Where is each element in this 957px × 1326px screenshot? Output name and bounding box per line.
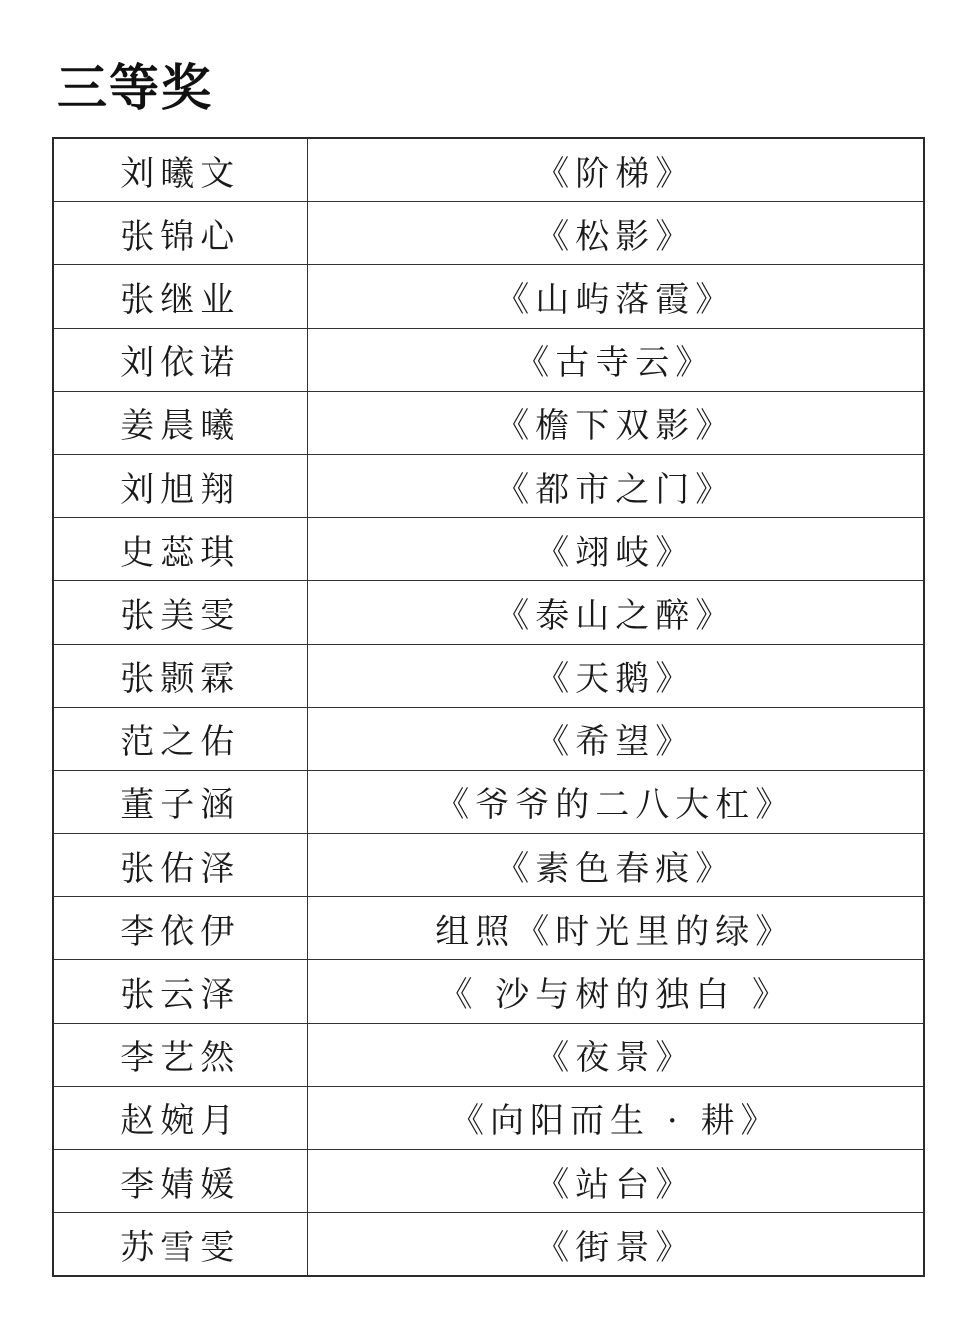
table-row: 李依伊组照《时光里的绿》 — [53, 897, 924, 960]
table-row: 张云泽《 沙与树的独白 》 — [53, 960, 924, 1023]
work-title: 《素色春痕》 — [307, 834, 924, 897]
work-title: 《都市之门》 — [307, 454, 924, 517]
work-title: 《松影》 — [307, 202, 924, 265]
table-row: 刘依诺《古寺云》 — [53, 328, 924, 391]
table-row: 刘旭翔《都市之门》 — [53, 454, 924, 517]
winner-name: 李婧媛 — [53, 1150, 307, 1213]
work-title: 组照《时光里的绿》 — [307, 897, 924, 960]
table-row: 史蕊琪《翊岐》 — [53, 518, 924, 581]
table-row: 董子涵《爷爷的二八大杠》 — [53, 770, 924, 833]
work-title: 《天鹅》 — [307, 644, 924, 707]
table-row: 李艺然《夜景》 — [53, 1023, 924, 1086]
table-row: 范之佑《希望》 — [53, 707, 924, 770]
winner-name: 张佑泽 — [53, 834, 307, 897]
winner-name: 姜晨曦 — [53, 391, 307, 454]
table-row: 张锦心《松影》 — [53, 202, 924, 265]
table-row: 姜晨曦《檐下双影》 — [53, 391, 924, 454]
table-row: 苏雪雯《街景》 — [53, 1213, 924, 1277]
winner-name: 张继业 — [53, 265, 307, 328]
work-title: 《泰山之醉》 — [307, 581, 924, 644]
winner-name: 张云泽 — [53, 960, 307, 1023]
table-row: 张佑泽《素色春痕》 — [53, 834, 924, 897]
work-title: 《夜景》 — [307, 1023, 924, 1086]
work-title: 《檐下双影》 — [307, 391, 924, 454]
table-row: 张颢霖《天鹅》 — [53, 644, 924, 707]
winner-name: 刘曦文 — [53, 138, 307, 202]
work-title: 《阶梯》 — [307, 138, 924, 202]
work-title: 《向阳而生 · 耕》 — [307, 1086, 924, 1149]
table-row: 张继业《山屿落霞》 — [53, 265, 924, 328]
winner-name: 赵婉月 — [53, 1086, 307, 1149]
table-row: 李婧媛《站台》 — [53, 1150, 924, 1213]
table-row: 刘曦文《阶梯》 — [53, 138, 924, 202]
table-row: 张美雯《泰山之醉》 — [53, 581, 924, 644]
work-title: 《翊岐》 — [307, 518, 924, 581]
winner-name: 董子涵 — [53, 770, 307, 833]
winner-name: 张美雯 — [53, 581, 307, 644]
work-title: 《街景》 — [307, 1213, 924, 1277]
work-title: 《 沙与树的独白 》 — [307, 960, 924, 1023]
page-title: 三等奖 — [57, 58, 213, 118]
work-title: 《希望》 — [307, 707, 924, 770]
work-title: 《古寺云》 — [307, 328, 924, 391]
winner-name: 刘旭翔 — [53, 454, 307, 517]
winner-name: 张锦心 — [53, 202, 307, 265]
work-title: 《山屿落霞》 — [307, 265, 924, 328]
winner-name: 李艺然 — [53, 1023, 307, 1086]
winner-name: 刘依诺 — [53, 328, 307, 391]
winner-name: 范之佑 — [53, 707, 307, 770]
work-title: 《站台》 — [307, 1150, 924, 1213]
winner-name: 史蕊琪 — [53, 518, 307, 581]
winner-name: 苏雪雯 — [53, 1213, 307, 1277]
award-table: 刘曦文《阶梯》 张锦心《松影》 张继业《山屿落霞》 刘依诺《古寺云》 姜晨曦《檐… — [52, 137, 925, 1277]
winner-name: 李依伊 — [53, 897, 307, 960]
winner-name: 张颢霖 — [53, 644, 307, 707]
table-row: 赵婉月《向阳而生 · 耕》 — [53, 1086, 924, 1149]
work-title: 《爷爷的二八大杠》 — [307, 770, 924, 833]
